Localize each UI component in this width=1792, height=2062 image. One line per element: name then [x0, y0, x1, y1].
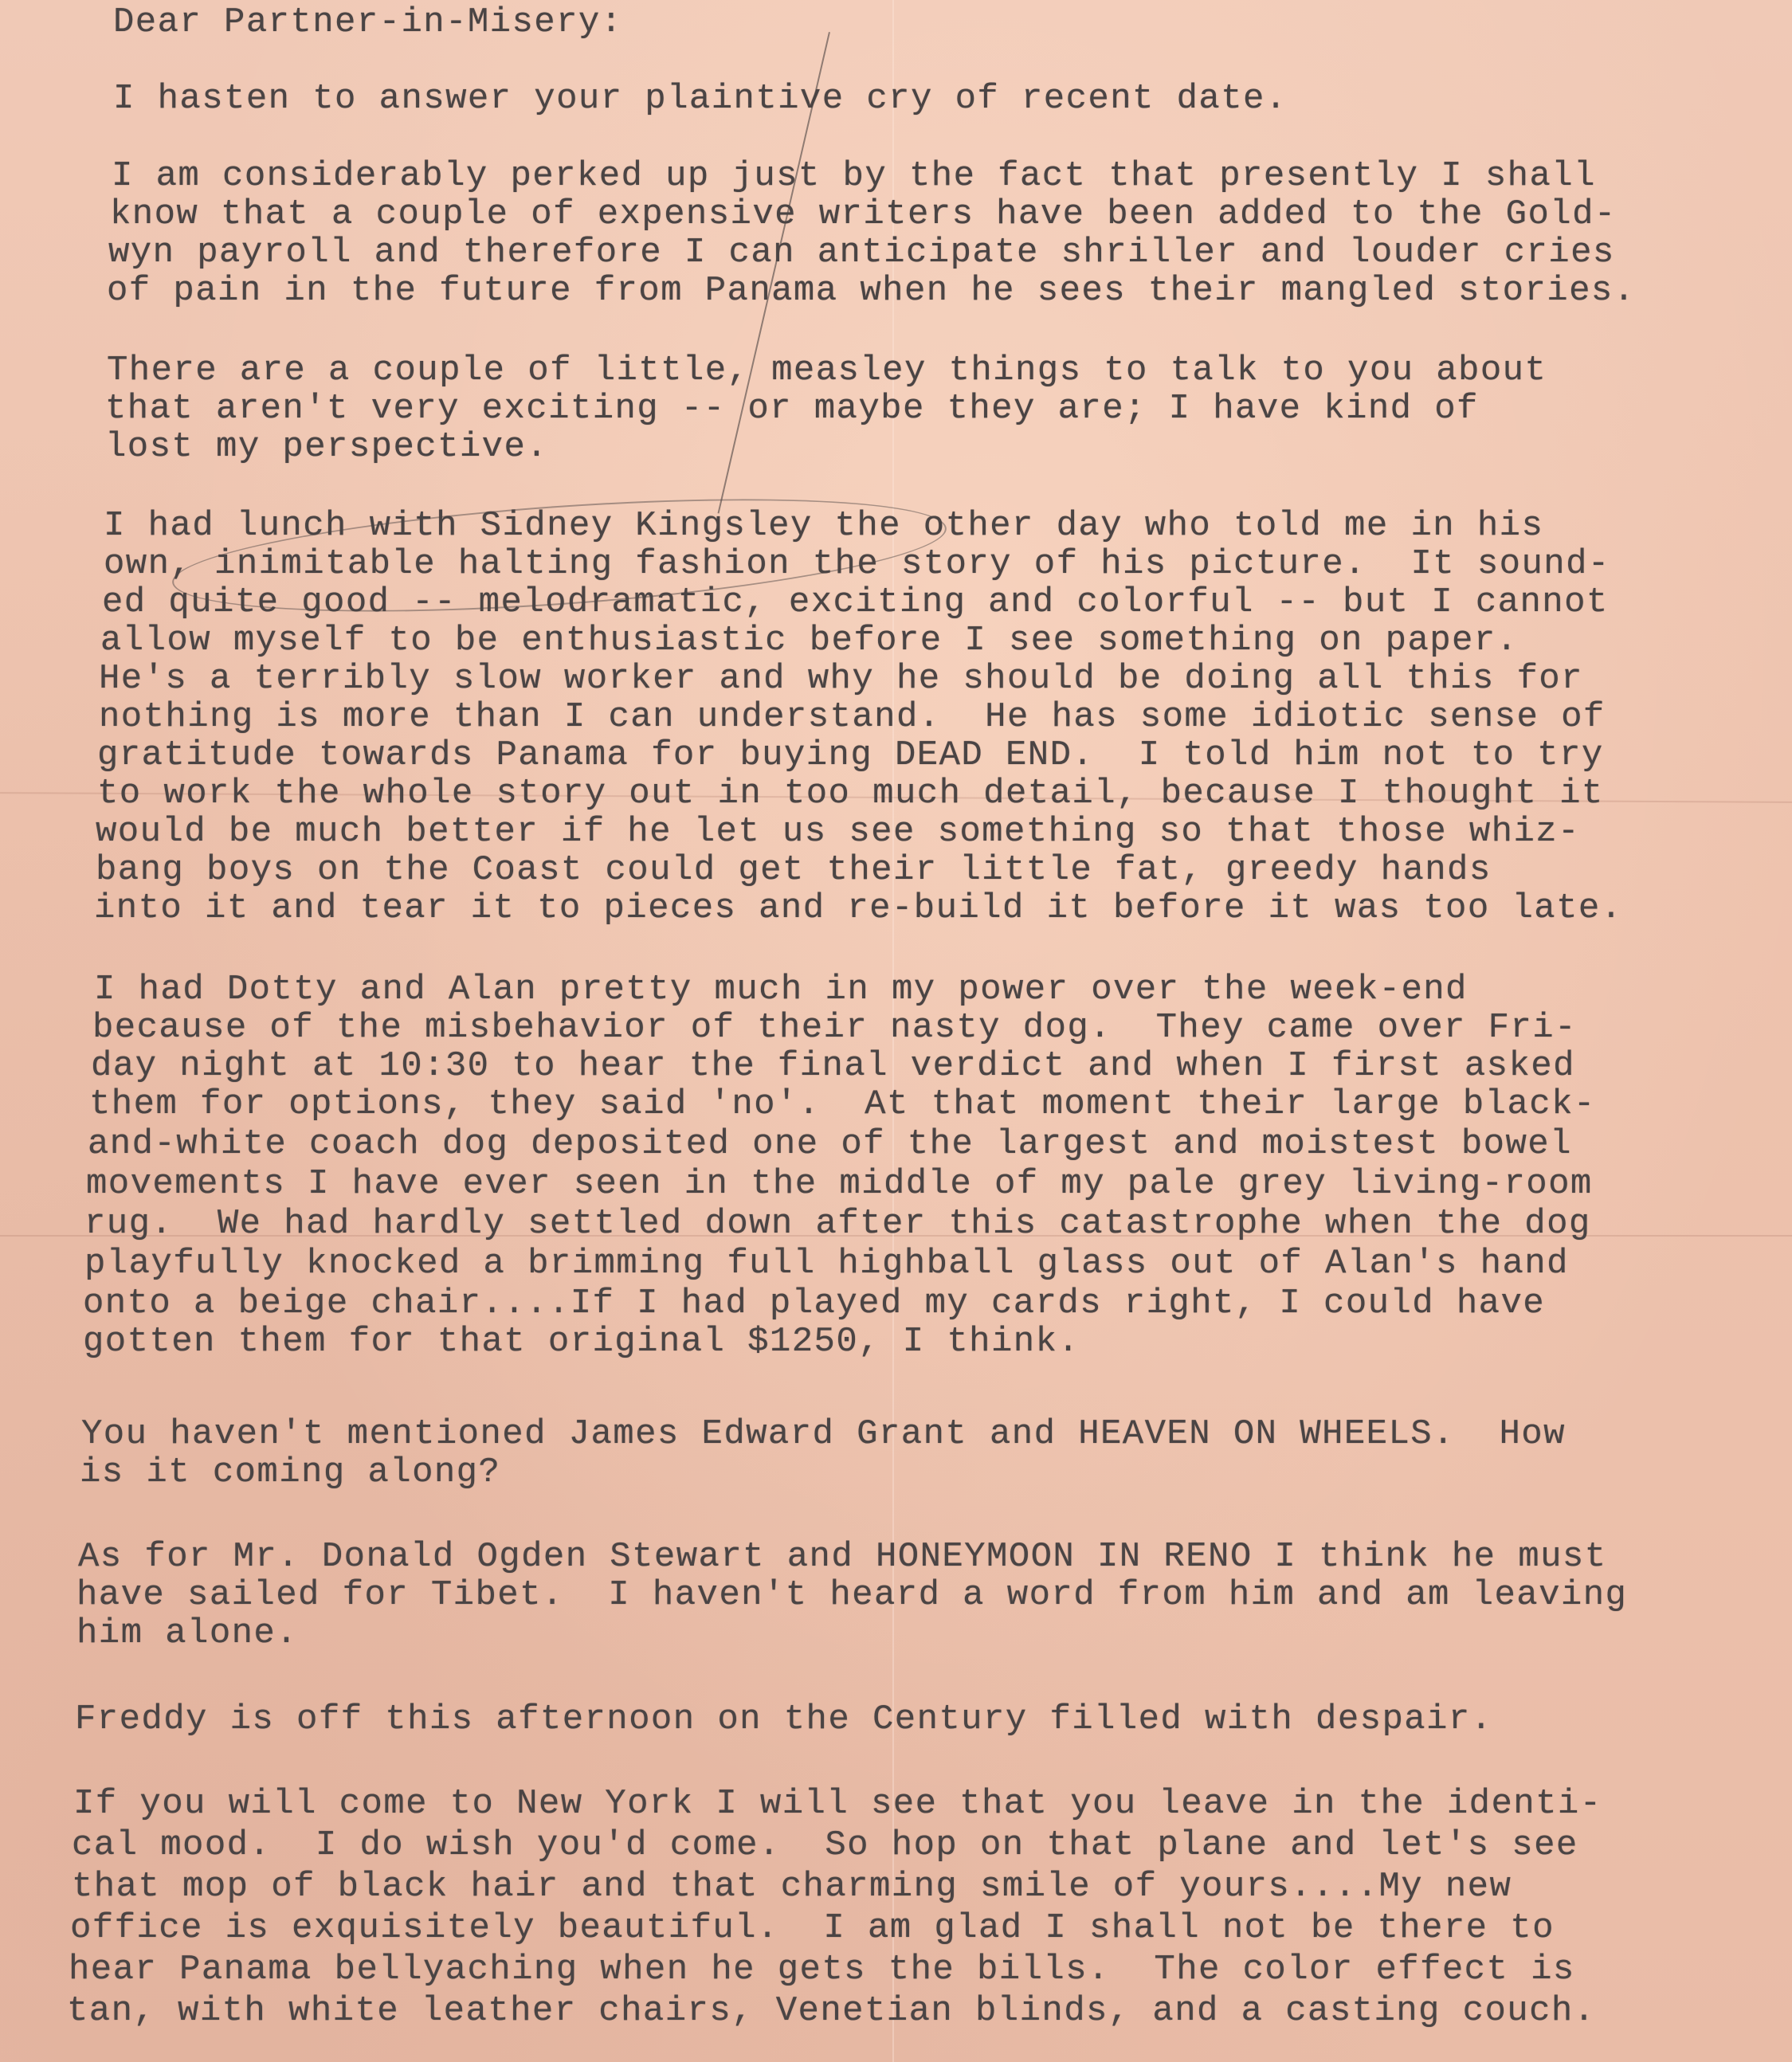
letter-line: that aren't very exciting -- or maybe th… — [105, 390, 1479, 428]
letter-line: day night at 10:30 to hear the final ver… — [91, 1047, 1575, 1085]
letter-line: wyn payroll and therefore I can anticipa… — [108, 233, 1615, 272]
letter-line: lost my perspective. — [105, 428, 548, 466]
letter-line: know that a couple of expensive writers … — [110, 195, 1617, 233]
letter-line: cal mood. I do wish you'd come. So hop o… — [72, 1826, 1578, 1864]
letter-line: onto a beige chair....If I had played my… — [83, 1284, 1545, 1323]
letter-line: office is exquisitely beautiful. I am gl… — [70, 1909, 1555, 1947]
letter-line: movements I have ever seen in the middle… — [86, 1165, 1593, 1203]
letter-line: them for options, they said 'no'. At tha… — [89, 1085, 1596, 1123]
letter-line: Freddy is off this afternoon on the Cent… — [75, 1700, 1492, 1739]
letter-line: rug. We had hardly settled down after th… — [84, 1205, 1591, 1243]
letter-line: hear Panama bellyaching when he gets the… — [69, 1950, 1575, 1989]
letter-line: and-white coach dog deposited one of the… — [88, 1125, 1572, 1163]
letter-line: playfully knocked a brimming full highba… — [84, 1245, 1569, 1283]
letter-line: bang boys on the Coast could get their l… — [96, 851, 1492, 889]
letter-line: I am considerably perked up just by the … — [112, 157, 1596, 195]
letter-line: gotten them for that original $1250, I t… — [83, 1323, 1080, 1361]
letter-line: allow myself to be enthusiastic before I… — [100, 621, 1518, 660]
letter-line: There are a couple of little, measley th… — [107, 351, 1547, 390]
letter-line: him alone. — [76, 1614, 298, 1652]
letter-line: I had lunch with Sidney Kingsley the oth… — [104, 507, 1543, 545]
letter-line: gratitude towards Panama for buying DEAD… — [97, 736, 1604, 774]
salutation: Dear Partner-in-Misery: — [113, 3, 623, 41]
letter-line: As for Mr. Donald Ogden Stewart and HONE… — [78, 1538, 1607, 1576]
letter-line: ed quite good -- melodramatic, exciting … — [102, 583, 1609, 621]
letter-line: to work the whole story out in too much … — [97, 774, 1604, 813]
letter-line: into it and tear it to pieces and re-bui… — [94, 889, 1623, 927]
letter-line: would be much better if he let us see so… — [96, 813, 1580, 851]
letter-line: have sailed for Tibet. I haven't heard a… — [76, 1576, 1627, 1614]
letter-line: I hasten to answer your plaintive cry of… — [113, 80, 1288, 118]
letter-line: tan, with white leather chairs, Venetian… — [67, 1992, 1596, 2030]
letter-line: that mop of black hair and that charming… — [72, 1868, 1512, 1906]
letter-line: You haven't mentioned James Edward Grant… — [81, 1415, 1566, 1453]
letter-line: because of the misbehavior of their nast… — [92, 1009, 1577, 1047]
letter-line: nothing is more than I can understand. H… — [99, 698, 1606, 736]
letter-line: of pain in the future from Panama when h… — [107, 272, 1636, 310]
letter-line: I had Dotty and Alan pretty much in my p… — [94, 970, 1468, 1009]
letter-line: He's a terribly slow worker and why he s… — [99, 660, 1583, 698]
letter-line: own, inimitable halting fashion the stor… — [104, 545, 1610, 583]
letter-line: is it coming along? — [80, 1453, 500, 1492]
letter-line: If you will come to New York I will see … — [73, 1785, 1602, 1823]
